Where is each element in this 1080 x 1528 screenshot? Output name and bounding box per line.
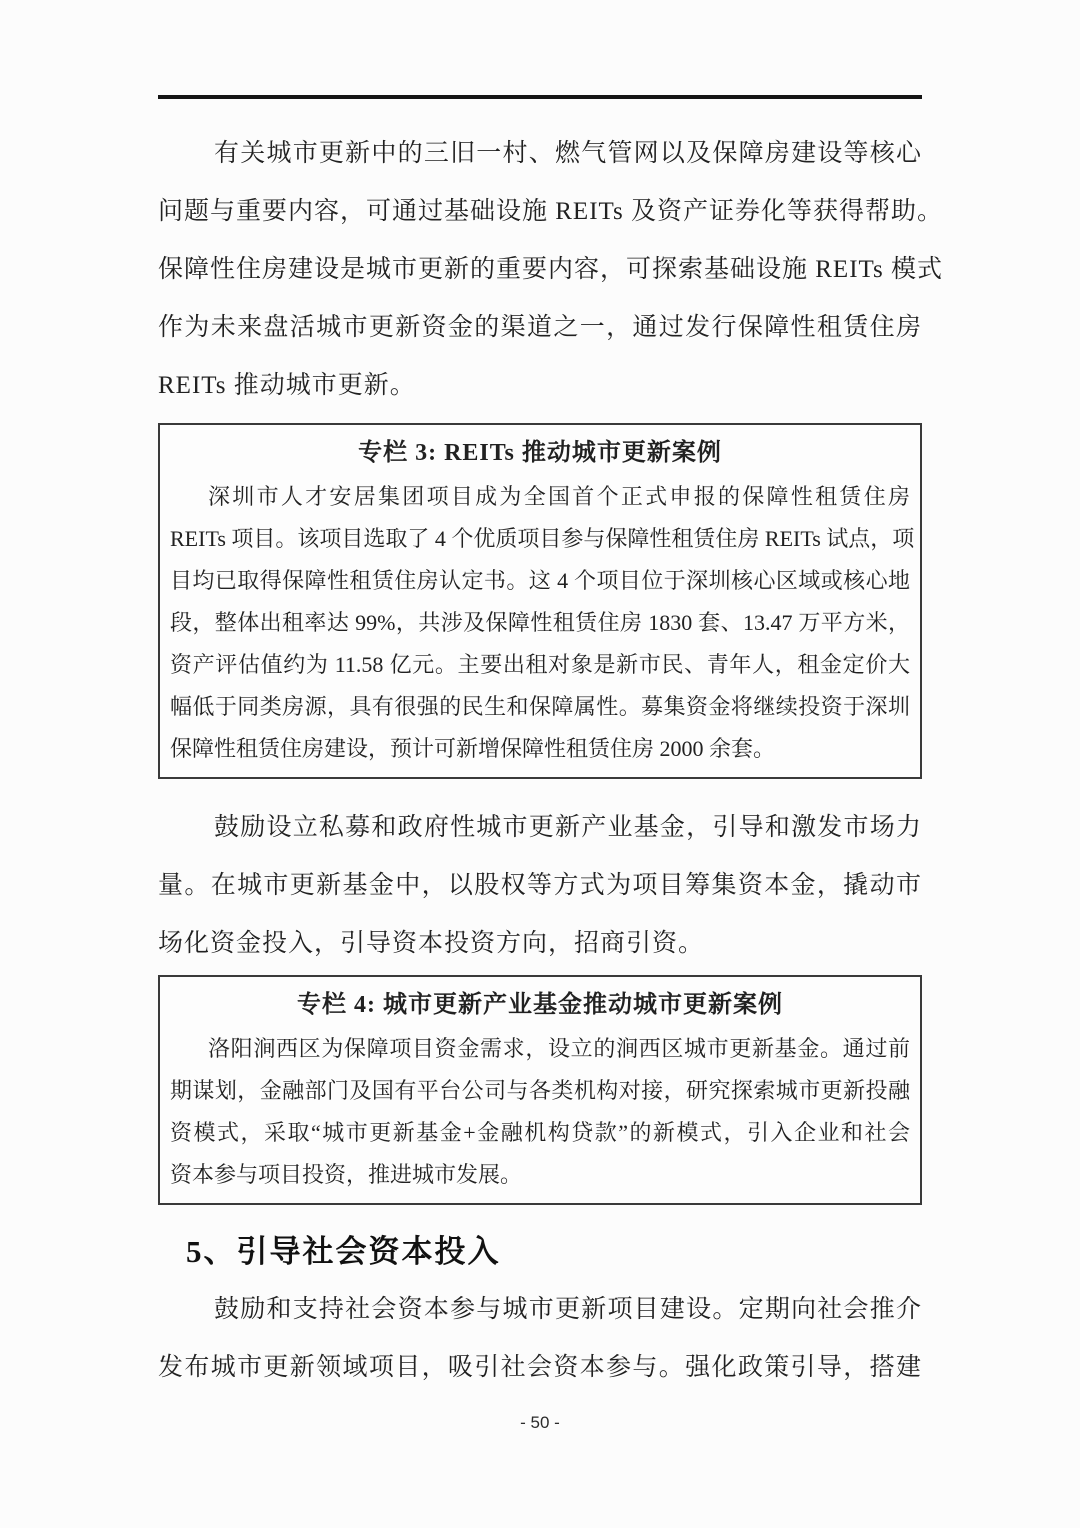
- case-box-3-body: 深圳市人才安居集团项目成为全国首个正式申报的保障性租赁住房REITs 项目。该项…: [170, 476, 910, 770]
- text-line: 保障性住房建设是城市更新的重要内容，可探索基础设施 REITs 模式: [158, 241, 922, 299]
- text-line: 深圳市人才安居集团项目成为全国首个正式申报的保障性租赁住房: [170, 476, 910, 518]
- case-box-3-title: 专栏 3: REITs 推动城市更新案例: [170, 430, 910, 476]
- paragraph-social-capital: 鼓励和支持社会资本参与城市更新项目建设。定期向社会推介发布城市更新领域项目，吸引…: [158, 1281, 922, 1397]
- paragraph-fund-intro: 鼓励设立私募和政府性城市更新产业基金，引导和激发市场力量。在城市更新基金中，以股…: [158, 799, 922, 973]
- text-line: REITs 推动城市更新。: [158, 357, 922, 415]
- text-line: 发布城市更新领域项目，吸引社会资本参与。强化政策引导，搭建: [158, 1339, 922, 1397]
- text-line: REITs 项目。该项目选取了 4 个优质项目参与保障性租赁住房 REITs 试…: [170, 518, 910, 560]
- text-line: 资产评估值约为 11.58 亿元。主要出租对象是新市民、青年人，租金定价大: [170, 644, 910, 686]
- text-line: 量。在城市更新基金中，以股权等方式为项目筹集资本金，撬动市: [158, 857, 922, 915]
- text-line: 问题与重要内容，可通过基础设施 REITs 及资产证券化等获得帮助。: [158, 183, 922, 241]
- text-line: 资模式，采取“城市更新基金+金融机构贷款”的新模式，引入企业和社会: [170, 1112, 910, 1154]
- page-number: - 50 -: [158, 1413, 922, 1433]
- document-page: 有关城市更新中的三旧一村、燃气管网以及保障房建设等核心问题与重要内容，可通过基础…: [0, 0, 1080, 1528]
- text-line: 鼓励和支持社会资本参与城市更新项目建设。定期向社会推介: [158, 1281, 922, 1339]
- case-box-3: 专栏 3: REITs 推动城市更新案例 深圳市人才安居集团项目成为全国首个正式…: [158, 423, 922, 779]
- text-line: 段，整体出租率达 99%，共涉及保障性租赁住房 1830 套、13.47 万平方…: [170, 602, 910, 644]
- text-line: 资本参与项目投资，推进城市发展。: [170, 1154, 910, 1196]
- text-line: 保障性租赁住房建设，预计可新增保障性租赁住房 2000 余套。: [170, 728, 910, 770]
- case-box-4: 专栏 4: 城市更新产业基金推动城市更新案例 洛阳涧西区为保障项目资金需求，设立…: [158, 975, 922, 1205]
- text-line: 期谋划，金融部门及国有平台公司与各类机构对接，研究探索城市更新投融: [170, 1070, 910, 1112]
- text-line: 场化资金投入，引导资本投资方向，招商引资。: [158, 915, 922, 973]
- text-line: 鼓励设立私募和政府性城市更新产业基金，引导和激发市场力: [158, 799, 922, 857]
- header-rule: [158, 95, 922, 99]
- paragraph-reits-intro: 有关城市更新中的三旧一村、燃气管网以及保障房建设等核心问题与重要内容，可通过基础…: [158, 125, 922, 415]
- page-content: 有关城市更新中的三旧一村、燃气管网以及保障房建设等核心问题与重要内容，可通过基础…: [158, 0, 922, 1433]
- text-line: 目均已取得保障性租赁住房认定书。这 4 个项目位于深圳核心区域或核心地: [170, 560, 910, 602]
- section-heading-5: 5、引导社会资本投入: [158, 1229, 922, 1275]
- text-line: 作为未来盘活城市更新资金的渠道之一，通过发行保障性租赁住房: [158, 299, 922, 357]
- text-line: 幅低于同类房源，具有很强的民生和保障属性。募集资金将继续投资于深圳: [170, 686, 910, 728]
- case-box-4-body: 洛阳涧西区为保障项目资金需求，设立的涧西区城市更新基金。通过前期谋划，金融部门及…: [170, 1028, 910, 1196]
- case-box-4-title: 专栏 4: 城市更新产业基金推动城市更新案例: [170, 982, 910, 1028]
- text-line: 有关城市更新中的三旧一村、燃气管网以及保障房建设等核心: [158, 125, 922, 183]
- text-line: 洛阳涧西区为保障项目资金需求，设立的涧西区城市更新基金。通过前: [170, 1028, 910, 1070]
